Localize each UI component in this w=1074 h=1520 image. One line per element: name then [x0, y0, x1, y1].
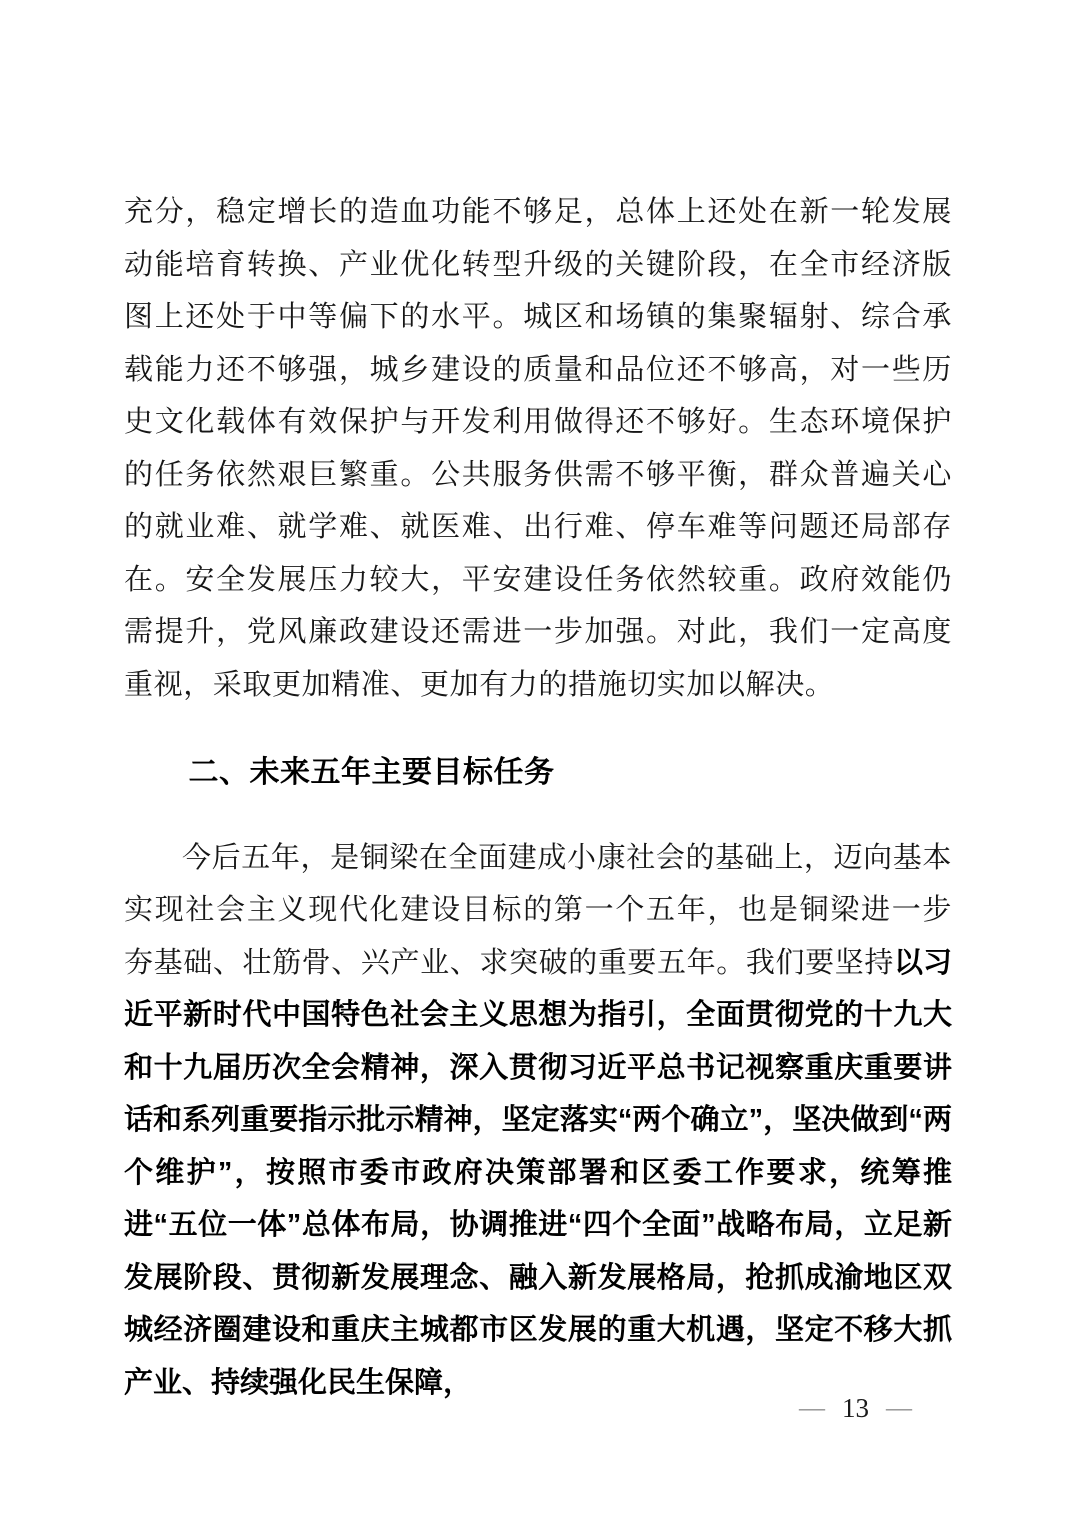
text-run-regular: 今后五年，是铜梁在全面建成小康社会的基础上，迈向基本实现社会主义现代化建设目标的… [124, 842, 952, 979]
footer-dash-left: — [799, 1390, 825, 1426]
paragraph-continuation: 充分，稳定增长的造血功能不够足，总体上还处在新一轮发展动能培育转换、产业优化转型… [124, 186, 952, 711]
page-number: 13 [842, 1390, 869, 1426]
paragraph-two: 今后五年，是铜梁在全面建成小康社会的基础上，迈向基本实现社会主义现代化建设目标的… [124, 832, 952, 1410]
footer-dash-right: — [886, 1390, 912, 1426]
section-heading: 二、未来五年主要目标任务 [124, 747, 952, 800]
text-run-bold: 以习近平新时代中国特色社会主义思想为指引，全面贯彻党的十九大和十九届历次全会精神… [124, 947, 952, 1399]
page-content: 充分，稳定增长的造血功能不够足，总体上还处在新一轮发展动能培育转换、产业优化转型… [124, 186, 952, 1409]
page-footer: — 13 — [799, 1390, 912, 1426]
document-page: 充分，稳定增长的造血功能不够足，总体上还处在新一轮发展动能培育转换、产业优化转型… [0, 0, 1074, 1520]
